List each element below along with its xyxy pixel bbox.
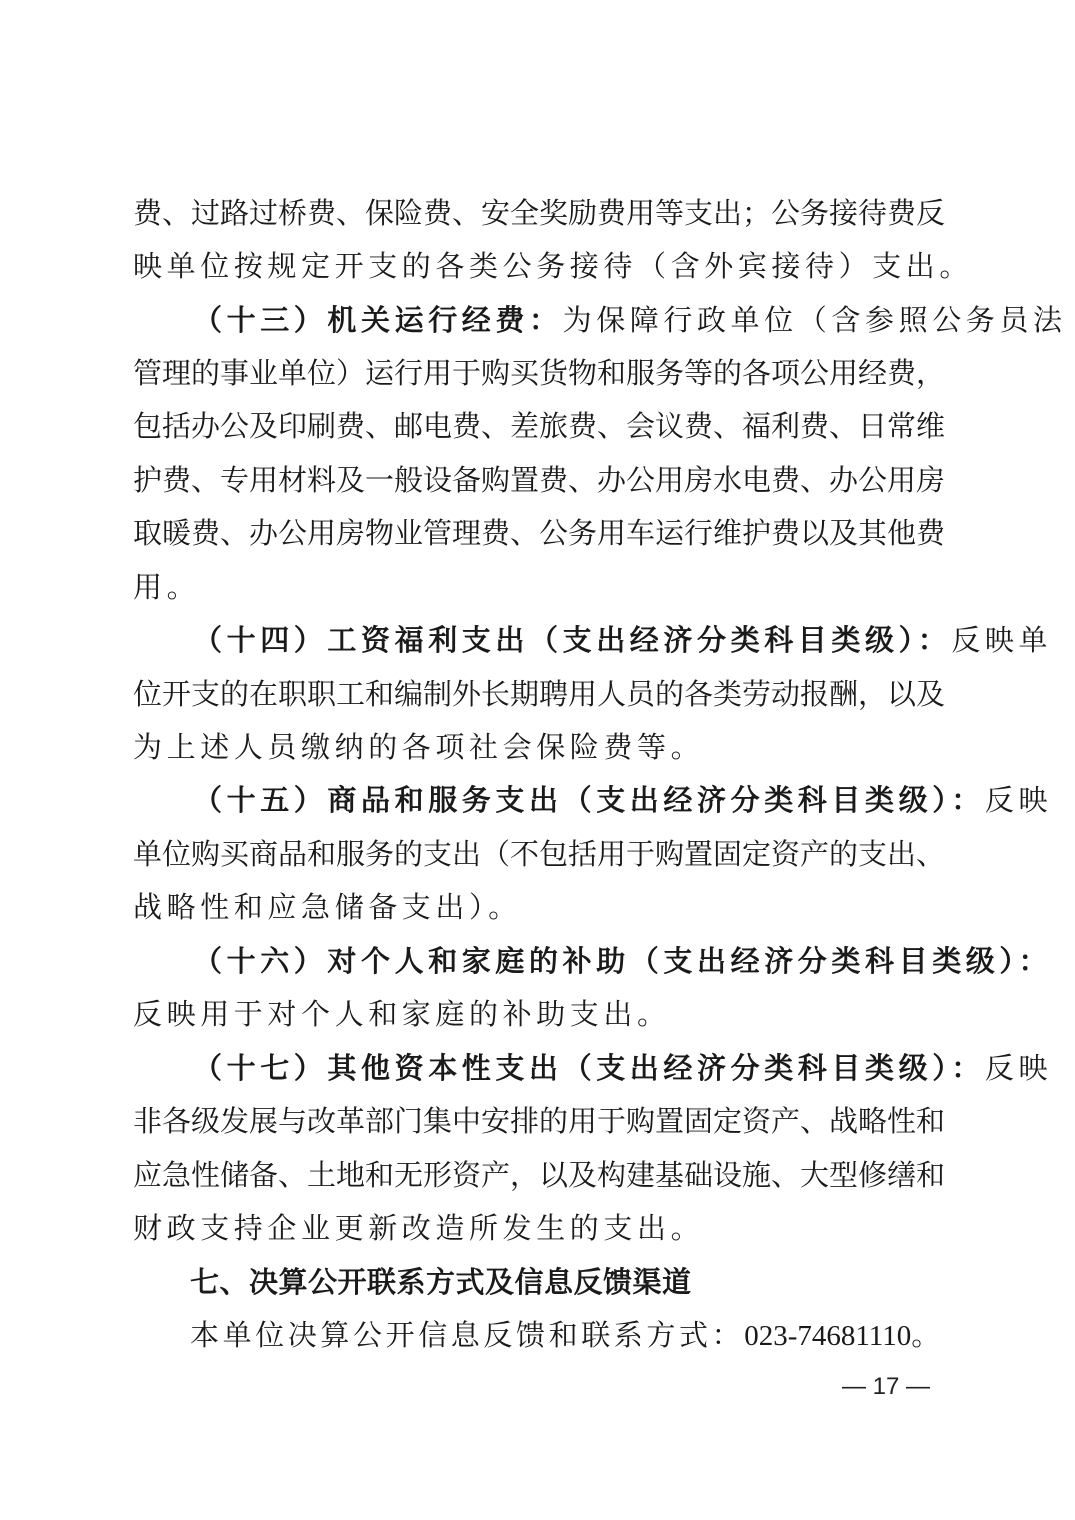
- contact-phone: 023-74681110: [744, 1320, 911, 1352]
- paragraph-line: 单位购买商品和服务的支出（不包括用于购置固定资产的支出、: [133, 834, 941, 874]
- section-17-first-line: （十七）其他资本性支出（支出经济分类科目类级）：反映: [193, 1048, 1052, 1088]
- contact-end: 。: [911, 1318, 944, 1352]
- paragraph-line: 应急性储备、土地和无形资产，以及构建基础设施、大型修缮和: [133, 1155, 941, 1195]
- paragraph-line: 战略性和应急储备支出）。: [133, 887, 522, 927]
- paragraph-line: 护费、专用材料及一般设备购置费、办公用房水电费、办公用房: [133, 460, 941, 500]
- paragraph-line: 非各级发展与改革部门集中安排的用于购置固定资产、战略性和: [133, 1101, 941, 1141]
- section-14-text: 反映单: [951, 623, 1052, 657]
- paragraph-line: 位开支的在职职工和编制外长期聘用人员的各类劳动报酬，以及: [133, 674, 941, 714]
- contact-line: 本单位决算公开信息反馈和联系方式：023-74681110。: [190, 1315, 944, 1355]
- chapter-heading: 七、决算公开联系方式及信息反馈渠道: [190, 1262, 692, 1302]
- paragraph-line: 取暖费、办公用房物业管理费、公务用车运行维护费以及其他费: [133, 513, 941, 553]
- section-17-text: 反映: [985, 1051, 1052, 1085]
- paragraph-line: 包括办公及印刷费、邮电费、差旅费、会议费、福利费、日常维: [133, 406, 941, 446]
- page-number: — 17 —: [842, 1372, 930, 1402]
- document-page: 费、过路过桥费、保险费、安全奖励费用等支出；公务接待费反 映单位按规定开支的各类…: [0, 0, 1075, 1520]
- section-15-first-line: （十五）商品和服务支出（支出经济分类科目类级）：反映: [193, 780, 1052, 820]
- section-16-heading: （十六）对个人和家庭的补助（支出经济分类科目类级）：: [193, 944, 1052, 978]
- section-13-text: 为保障行政单位（含参照公务员法: [563, 303, 1067, 337]
- paragraph-line: 用。: [133, 567, 200, 607]
- paragraph-line: 反映用于对个人和家庭的补助支出。: [133, 994, 671, 1034]
- section-14-heading: （十四）工资福利支出（支出经济分类科目类级）：: [193, 623, 951, 657]
- section-15-text: 反映: [985, 783, 1052, 817]
- section-13-heading: （十三）机关运行经费：: [193, 303, 563, 337]
- paragraph-line: 费、过路过桥费、保险费、安全奖励费用等支出；公务接待费反: [133, 193, 941, 233]
- paragraph-line: 为上述人员缴纳的各项社会保险费等。: [133, 727, 704, 767]
- section-17-heading: （十七）其他资本性支出（支出经济分类科目类级）：: [193, 1051, 985, 1085]
- paragraph-line: 财政支持企业更新改造所发生的支出。: [133, 1208, 704, 1248]
- paragraph-line: 映单位按规定开支的各类公务接待（含外宾接待）支出。: [133, 246, 973, 286]
- paragraph-line: 管理的事业单位）运行用于购买货物和服务等的各项公用经费，: [133, 353, 941, 393]
- section-15-heading: （十五）商品和服务支出（支出经济分类科目类级）：: [193, 783, 985, 817]
- contact-label: 本单位决算公开信息反馈和联系方式：: [190, 1318, 744, 1352]
- section-13-first-line: （十三）机关运行经费：为保障行政单位（含参照公务员法: [193, 300, 1067, 340]
- section-16-first-line: （十六）对个人和家庭的补助（支出经济分类科目类级）：: [193, 941, 1052, 981]
- section-14-first-line: （十四）工资福利支出（支出经济分类科目类级）：反映单: [193, 620, 1052, 660]
